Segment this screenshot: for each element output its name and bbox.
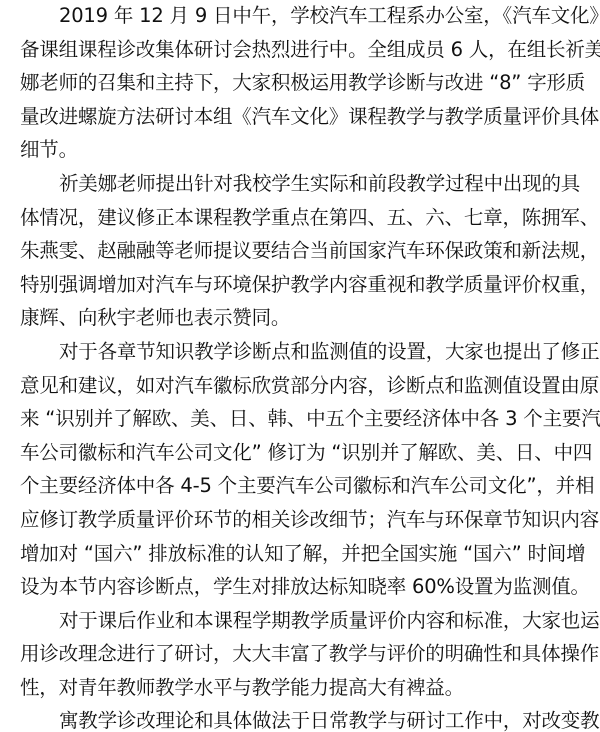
text-line: 细节。	[20, 134, 590, 168]
text-line: 设为本节内容诊断点，学生对排放达标知晓率 60%设置为监测值。	[20, 571, 590, 605]
text-line: 祈美娜老师提出针对我校学生实际和前段教学过程中出现的具	[20, 168, 590, 202]
text-line: 性，对青年教师教学水平与教学能力提高大有裨益。	[20, 672, 590, 706]
paragraph-1: 2019 年 12 月 9 日中午，学校汽车工程系办公室，《汽车文化》 备课组课…	[20, 0, 590, 168]
paragraph-2: 祈美娜老师提出针对我校学生实际和前段教学过程中出现的具 体情况，建议修正本课程教…	[20, 168, 590, 336]
text-line: 量改进螺旋方法研讨本组《汽车文化》课程教学与教学质量评价具体	[20, 101, 590, 135]
text-line: 应修订教学质量评价环节的相关诊改细节；汽车与环保章节知识内容	[20, 504, 590, 538]
text-line: 用诊改理念进行了研讨，大大丰富了教学与评价的明确性和具体操作	[20, 638, 590, 672]
paragraph-4: 对于课后作业和本课程学期教学质量评价内容和标准，大家也运 用诊改理念进行了研讨，…	[20, 605, 590, 706]
text-line: 对于课后作业和本课程学期教学质量评价内容和标准，大家也运	[20, 605, 590, 639]
text-line: 意见和建议，如对汽车徽标欣赏部分内容，诊断点和监测值设置由原	[20, 370, 590, 404]
text-line: 2019 年 12 月 9 日中午，学校汽车工程系办公室，《汽车文化》	[20, 0, 590, 34]
text-line: 车公司徽标和汽车公司文化” 修订为 “识别并了解欧、美、日、中四	[20, 437, 590, 471]
paragraph-5: 寓教学诊改理论和具体做法于日常教学与研讨工作中，对改变教	[20, 705, 590, 732]
text-line: 特别强调增加对汽车与环境保护教学内容重视和教学质量评价权重，	[20, 269, 590, 303]
text-line: 体情况，建议修正本课程教学重点在第四、五、六、七章，陈拥军、	[20, 202, 590, 236]
paragraph-3: 对于各章节知识教学诊断点和监测值的设置，大家也提出了修正 意见和建议，如对汽车徽…	[20, 336, 590, 605]
text-line: 备课组课程诊改集体研讨会热烈进行中。全组成员 6 人，在组长祈美	[20, 34, 590, 68]
text-line: 娜老师的召集和主持下，大家积极运用教学诊断与改进 “8” 字形质	[20, 67, 590, 101]
text-line: 寓教学诊改理论和具体做法于日常教学与研讨工作中，对改变教	[20, 705, 590, 732]
text-line: 对于各章节知识教学诊断点和监测值的设置，大家也提出了修正	[20, 336, 590, 370]
text-line: 增加对 “国六” 排放标准的认知了解，并把全国实施 “国六” 时间增	[20, 538, 590, 572]
text-line: 朱燕雯、赵融融等老师提议要结合当前国家汽车环保政策和新法规，	[20, 235, 590, 269]
text-line: 个主要经济体中各 4-5 个主要汽车公司徽标和汽车公司文化”，并相	[20, 470, 590, 504]
text-line: 康辉、向秋宇老师也表示赞同。	[20, 302, 590, 336]
text-line: 来 “识别并了解欧、美、日、韩、中五个主要经济体中各 3 个主要汽	[20, 403, 590, 437]
document-body: 2019 年 12 月 9 日中午，学校汽车工程系办公室，《汽车文化》 备课组课…	[20, 0, 590, 732]
